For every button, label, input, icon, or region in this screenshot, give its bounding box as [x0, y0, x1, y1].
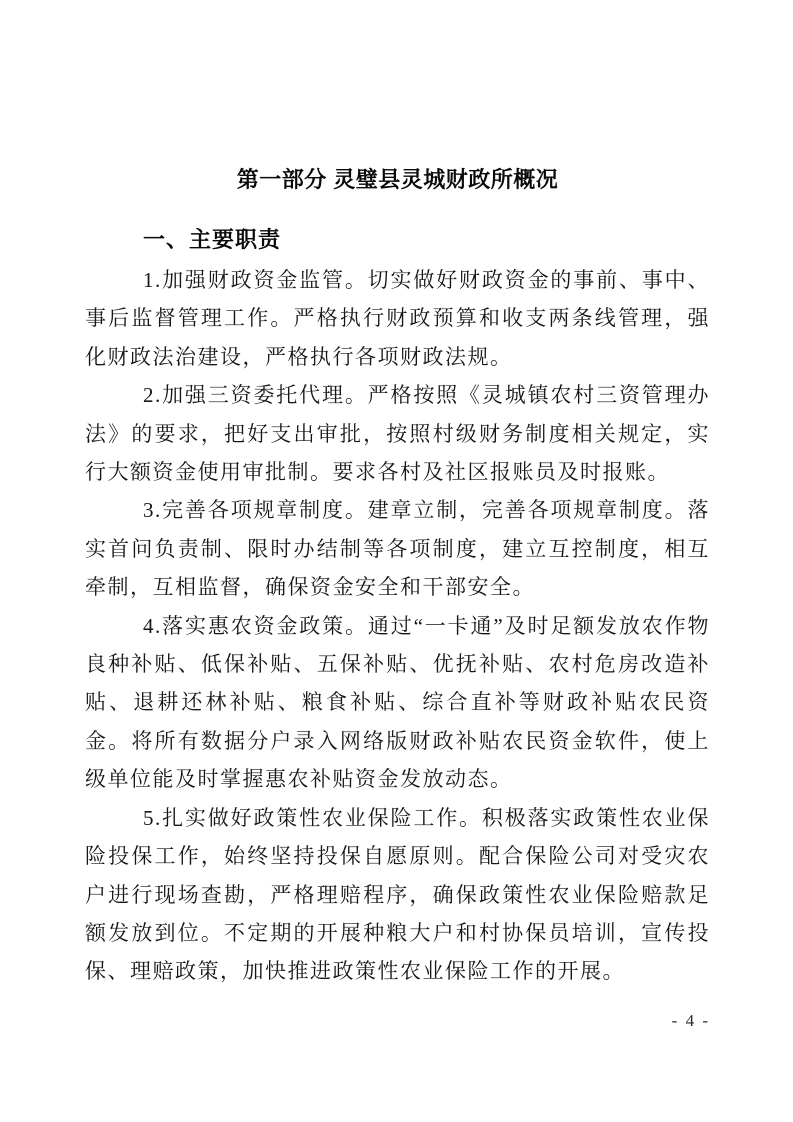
section-heading: 一、主要职责 [85, 225, 710, 255]
document-content: 第一部分 灵璧县灵城财政所概况 一、主要职责 1.加强财政资金监管。切实做好财政… [85, 165, 710, 991]
body-paragraph-5: 5.扎实做好政策性农业保险工作。积极落实政策性农业保险投保工作，始终坚持投保自愿… [85, 799, 710, 991]
body-paragraph-3: 3.完善各项规章制度。建章立制，完善各项规章制度。落实首问负责制、限时办结制等各… [85, 491, 710, 606]
body-paragraph-4: 4.落实惠农资金政策。通过“一卡通”及时足额发放农作物良种补贴、低保补贴、五保补… [85, 607, 710, 799]
paragraph-list: 1.加强财政资金监管。切实做好财政资金的事前、事中、事后监督管理工作。严格执行财… [85, 261, 710, 991]
page-number: - 4 - [672, 1010, 710, 1032]
body-paragraph-1: 1.加强财政资金监管。切实做好财政资金的事前、事中、事后监督管理工作。严格执行财… [85, 261, 710, 376]
body-paragraph-2: 2.加强三资委托代理。严格按照《灵城镇农村三资管理办法》的要求，把好支出审批，按… [85, 376, 710, 491]
page-title: 第一部分 灵璧县灵城财政所概况 [85, 165, 710, 195]
document-page: 第一部分 灵璧县灵城财政所概况 一、主要职责 1.加强财政资金监管。切实做好财政… [0, 0, 793, 1122]
